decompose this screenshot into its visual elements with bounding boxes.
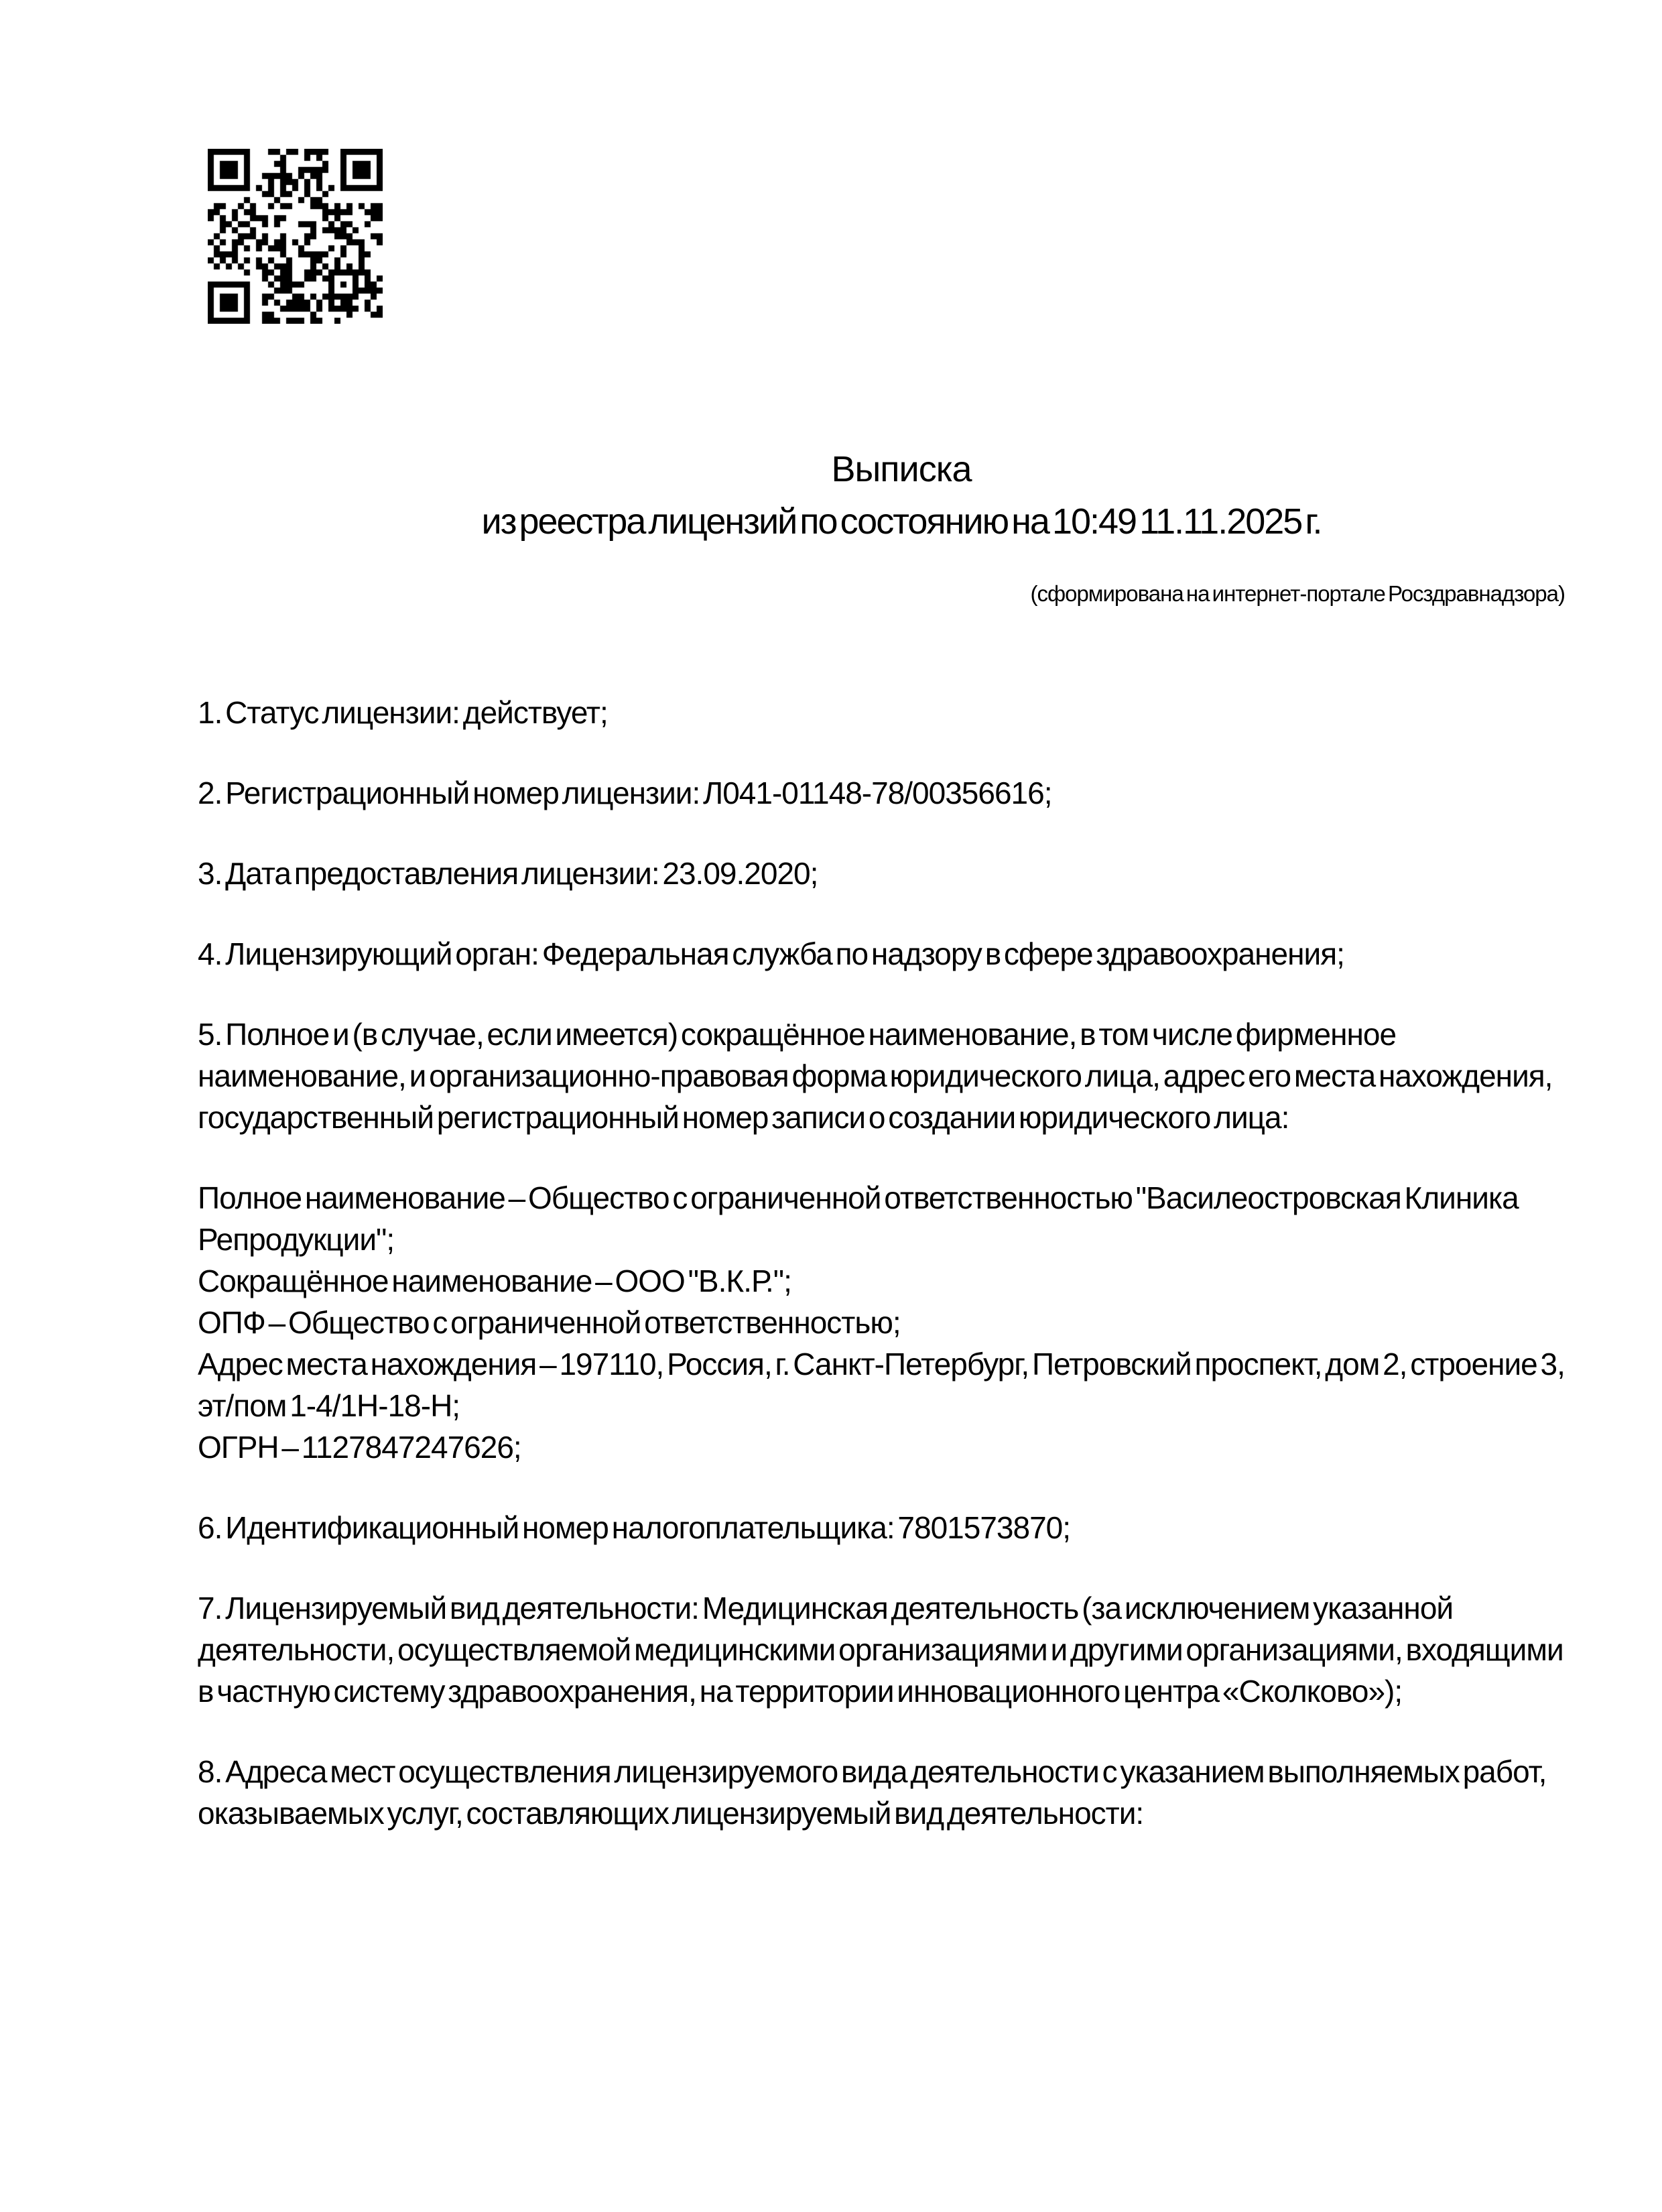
document-body: 1. Статус лицензии: действует; 2. Регист… [198,692,1572,1873]
qr-code-icon [208,149,383,324]
paragraph-grant-date: 3. Дата предоставления лицензии: 23.09.2… [198,853,1572,894]
document-page: Выписка из реестра лицензий по состоянию… [0,0,1662,2212]
paragraph-taxpayer-id: 6. Идентификационный номер налогоплатель… [198,1507,1572,1548]
paragraph-licensed-activity: 7. Лицензируемый вид деятельности: Медиц… [198,1587,1572,1712]
generated-note: (сформирована на интернет-портале Росздр… [198,580,1565,607]
paragraph-organization-details: Полное наименование – Общество с огранич… [198,1177,1572,1468]
document-title: Выписка [198,449,1605,489]
paragraph-licensing-authority: 4. Лицензирующий орган: Федеральная служ… [198,933,1572,975]
paragraph-activity-addresses-heading: 8. Адреса мест осуществления лицензируем… [198,1751,1572,1834]
document-subtitle: из реестра лицензий по состоянию на 10:4… [198,501,1605,542]
paragraph-name-heading: 5. Полное и (в случае, если имеется) сок… [198,1013,1572,1138]
paragraph-registration-number: 2. Регистрационный номер лицензии: Л041-… [198,772,1572,814]
paragraph-license-status: 1. Статус лицензии: действует; [198,692,1572,733]
